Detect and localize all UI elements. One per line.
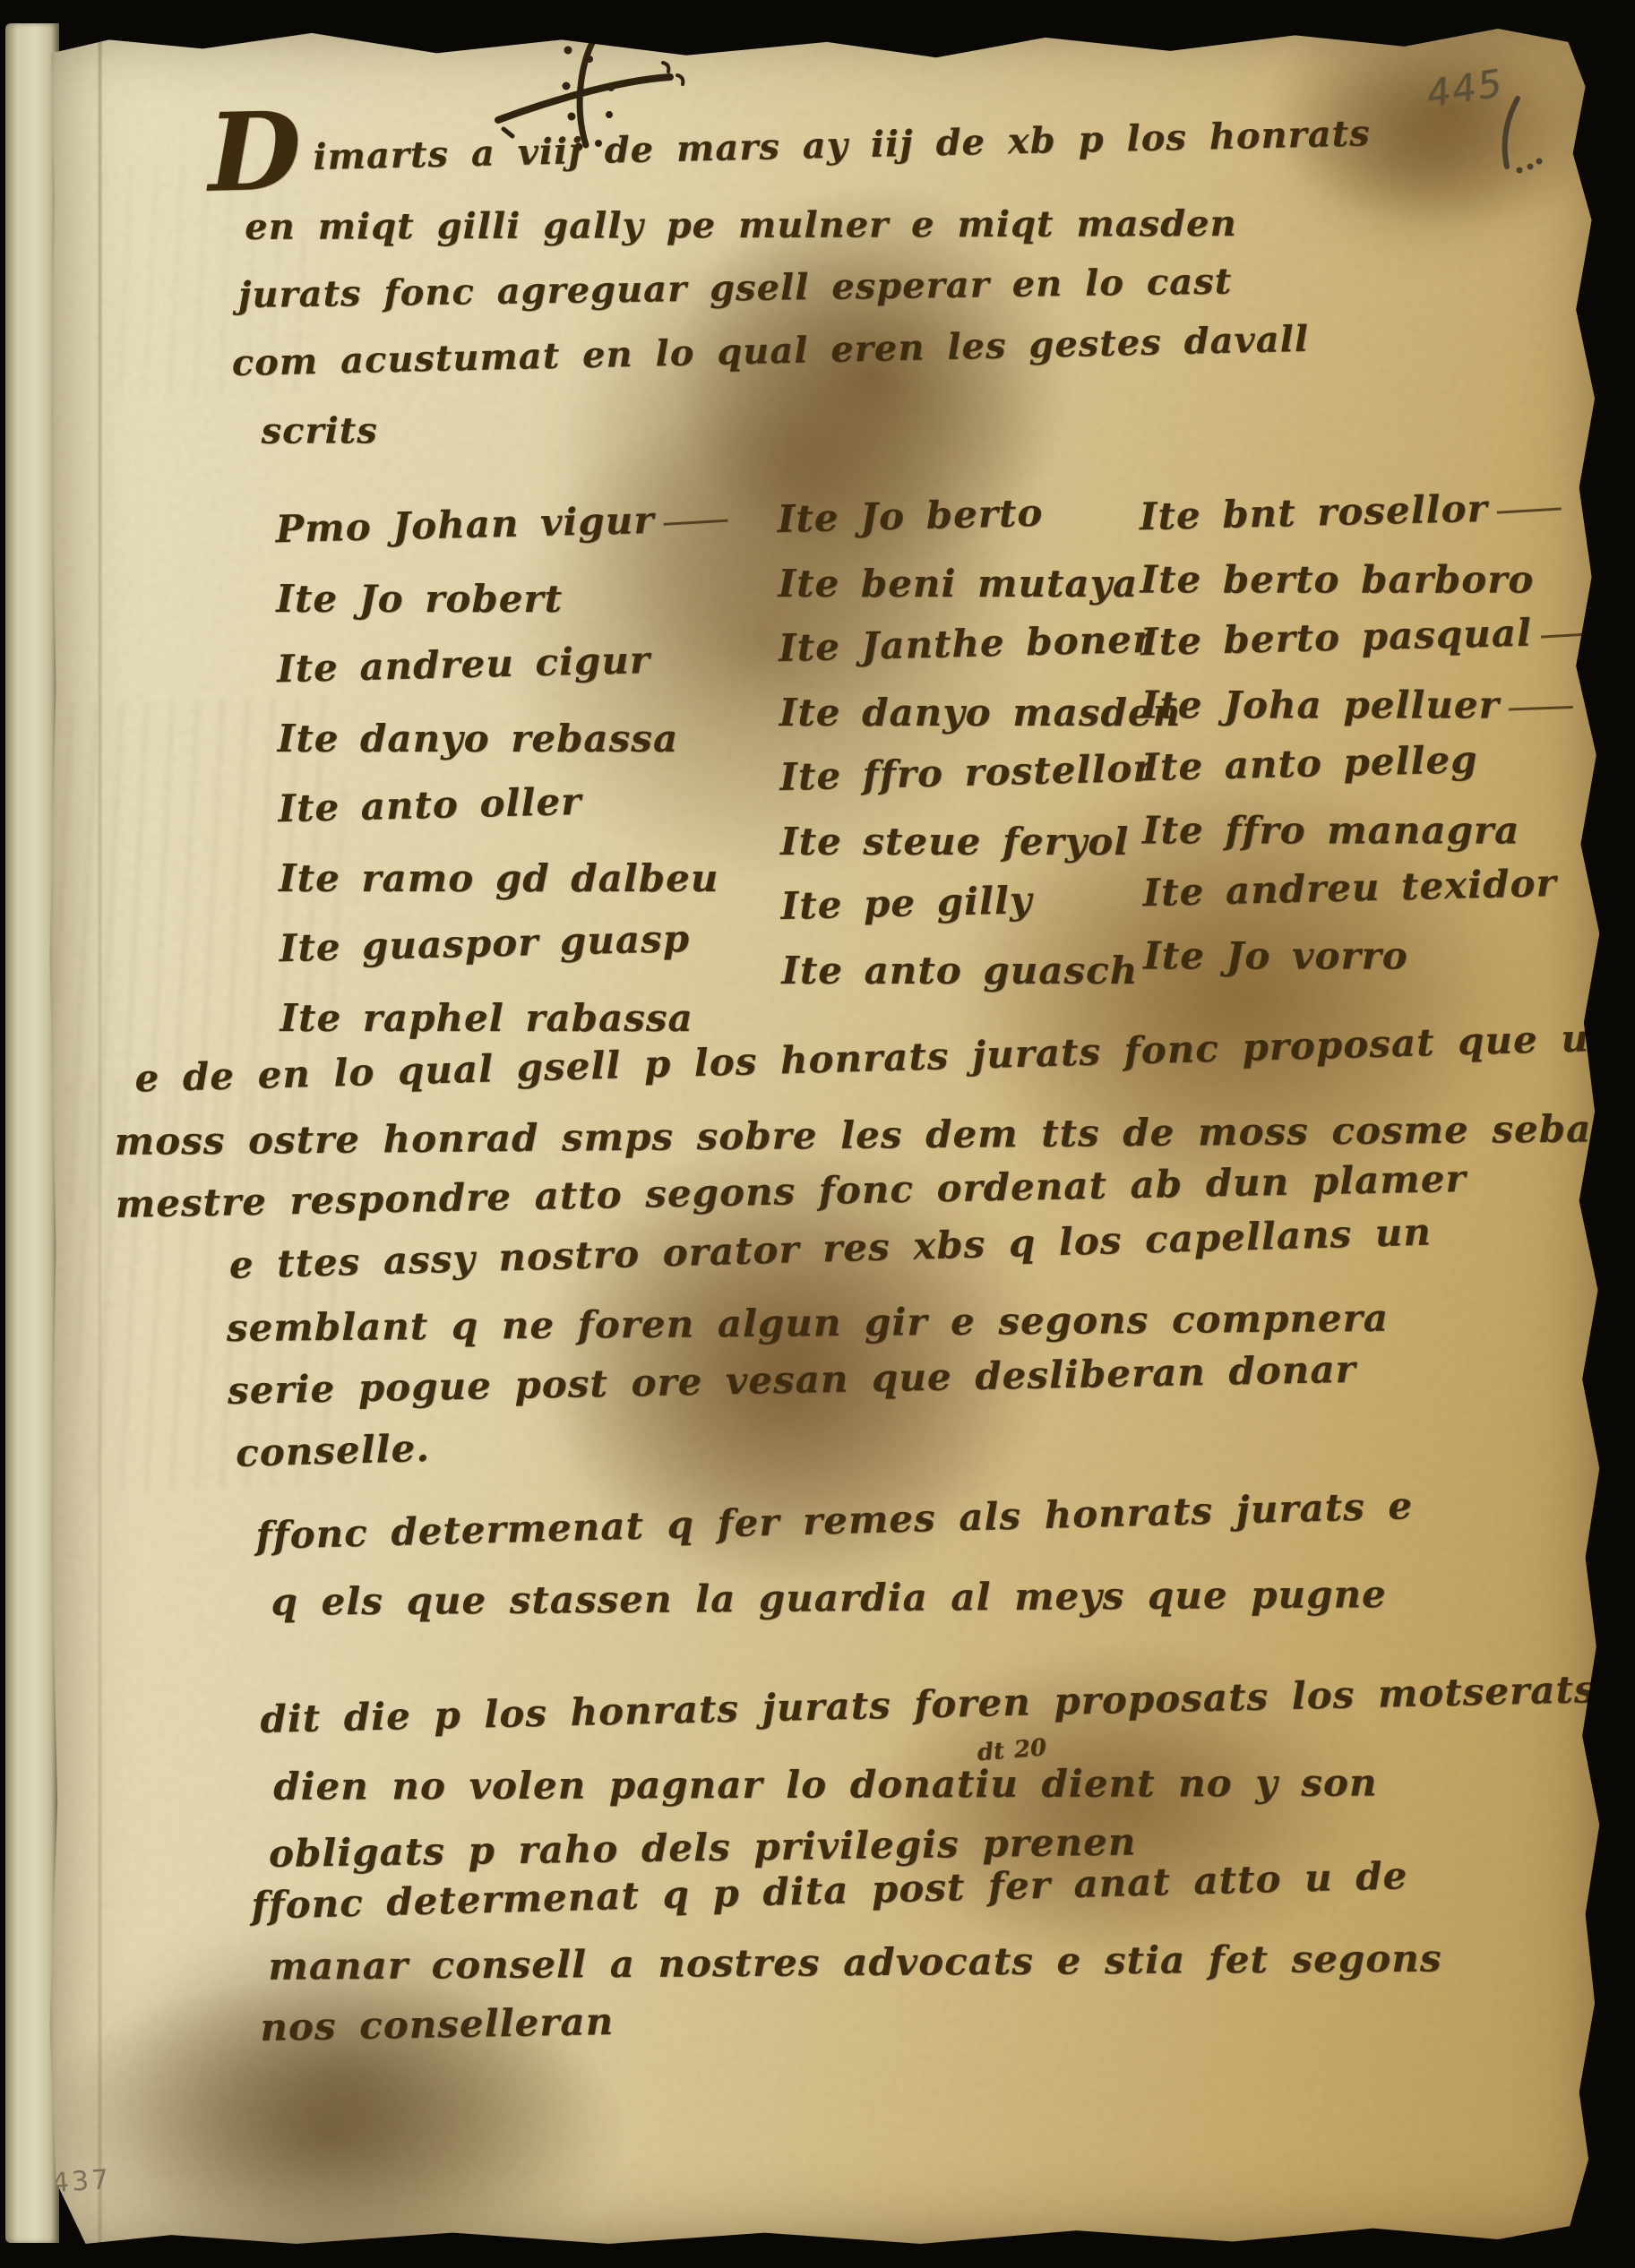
attendee-column-middle: Ite Jo berto Ite beni mutaya Ite Janthe … bbox=[777, 484, 1183, 1003]
text-line: dit die p los honrats jurats foren propo… bbox=[260, 1655, 1597, 1753]
text-line: scrits bbox=[261, 394, 1223, 466]
attendee-entry: Ite pe gilly bbox=[780, 864, 1183, 939]
page-fold-crease bbox=[99, 20, 101, 2248]
text-line: Dimarts a viij de mars ay iij de xb p lo… bbox=[235, 103, 1221, 193]
archival-number: 437 bbox=[51, 2164, 113, 2200]
manuscript-page: 445 Dimarts a viij de mars ay iij de xb … bbox=[47, 20, 1607, 2248]
book-binding-edge bbox=[5, 23, 59, 2243]
text-line: ffonc determenat q fer remes als honrats… bbox=[255, 1473, 1414, 1569]
attendee-entry: Pmo Johan vigur bbox=[275, 484, 729, 564]
attendee-entry: Ite steue feryol bbox=[780, 810, 1182, 874]
final-resolution-paragraph: ffonc determenat q p dita post fer anat … bbox=[251, 1859, 1443, 2058]
attendee-entry: Ite berto pasqual bbox=[1140, 600, 1606, 674]
attendee-entry: Ite guaspor guasp bbox=[279, 903, 733, 984]
attendee-column-right: Ite bnt rosellor Ite berto barboro Ite b… bbox=[1140, 482, 1609, 988]
text-line: q els que stassen la guardia al meys que… bbox=[271, 1561, 1414, 1636]
attendee-entry: Ite ffro rostellor bbox=[779, 735, 1182, 810]
attendee-entry: Ite Jo berto bbox=[777, 477, 1180, 552]
attendee-entry: Ite danyo rebassa bbox=[278, 704, 730, 774]
manuscript-scan: { "document": { "type": "manuscript-foli… bbox=[0, 0, 1635, 2268]
attendee-entry: Ite bnt rosellor bbox=[1139, 475, 1605, 549]
attendee-column-left: Pmo Johan vigur Ite Jo robert Ite andreu… bbox=[275, 491, 732, 1053]
interlinear-note: dt 20 bbox=[975, 1714, 1049, 1787]
attendee-entry: Ite anto pelleg bbox=[1140, 726, 1607, 800]
attendee-entry: Ite Jo vorro bbox=[1143, 924, 1608, 987]
attendee-entry: Ite beni mutaya bbox=[778, 552, 1179, 616]
attendee-entry: Ite Janthe boner bbox=[778, 606, 1181, 681]
first-resolution-paragraph: ffonc determenat q fer remes als honrats… bbox=[255, 1487, 1415, 1636]
attendee-entry: Ite andreu cigur bbox=[276, 623, 730, 704]
attendee-entry: Ite anto guasch bbox=[781, 939, 1183, 1003]
margin-pen-mark bbox=[1487, 91, 1550, 181]
attendee-entry: Ite ramo gd dalbeu bbox=[279, 844, 731, 914]
council-deliberation-paragraph: e de en lo qual gsell p los honrats jura… bbox=[109, 1026, 1567, 1487]
attendee-entry: Ite danyo masden bbox=[779, 681, 1181, 745]
attendee-entry: Ite Jo robert bbox=[276, 564, 728, 634]
attendee-entry: Ite andreu texidor bbox=[1142, 851, 1609, 925]
attendee-entry: Ite anto oller bbox=[277, 763, 731, 844]
opening-paragraph: Dimarts a viij de mars ay iij de xb p lo… bbox=[235, 115, 1224, 465]
